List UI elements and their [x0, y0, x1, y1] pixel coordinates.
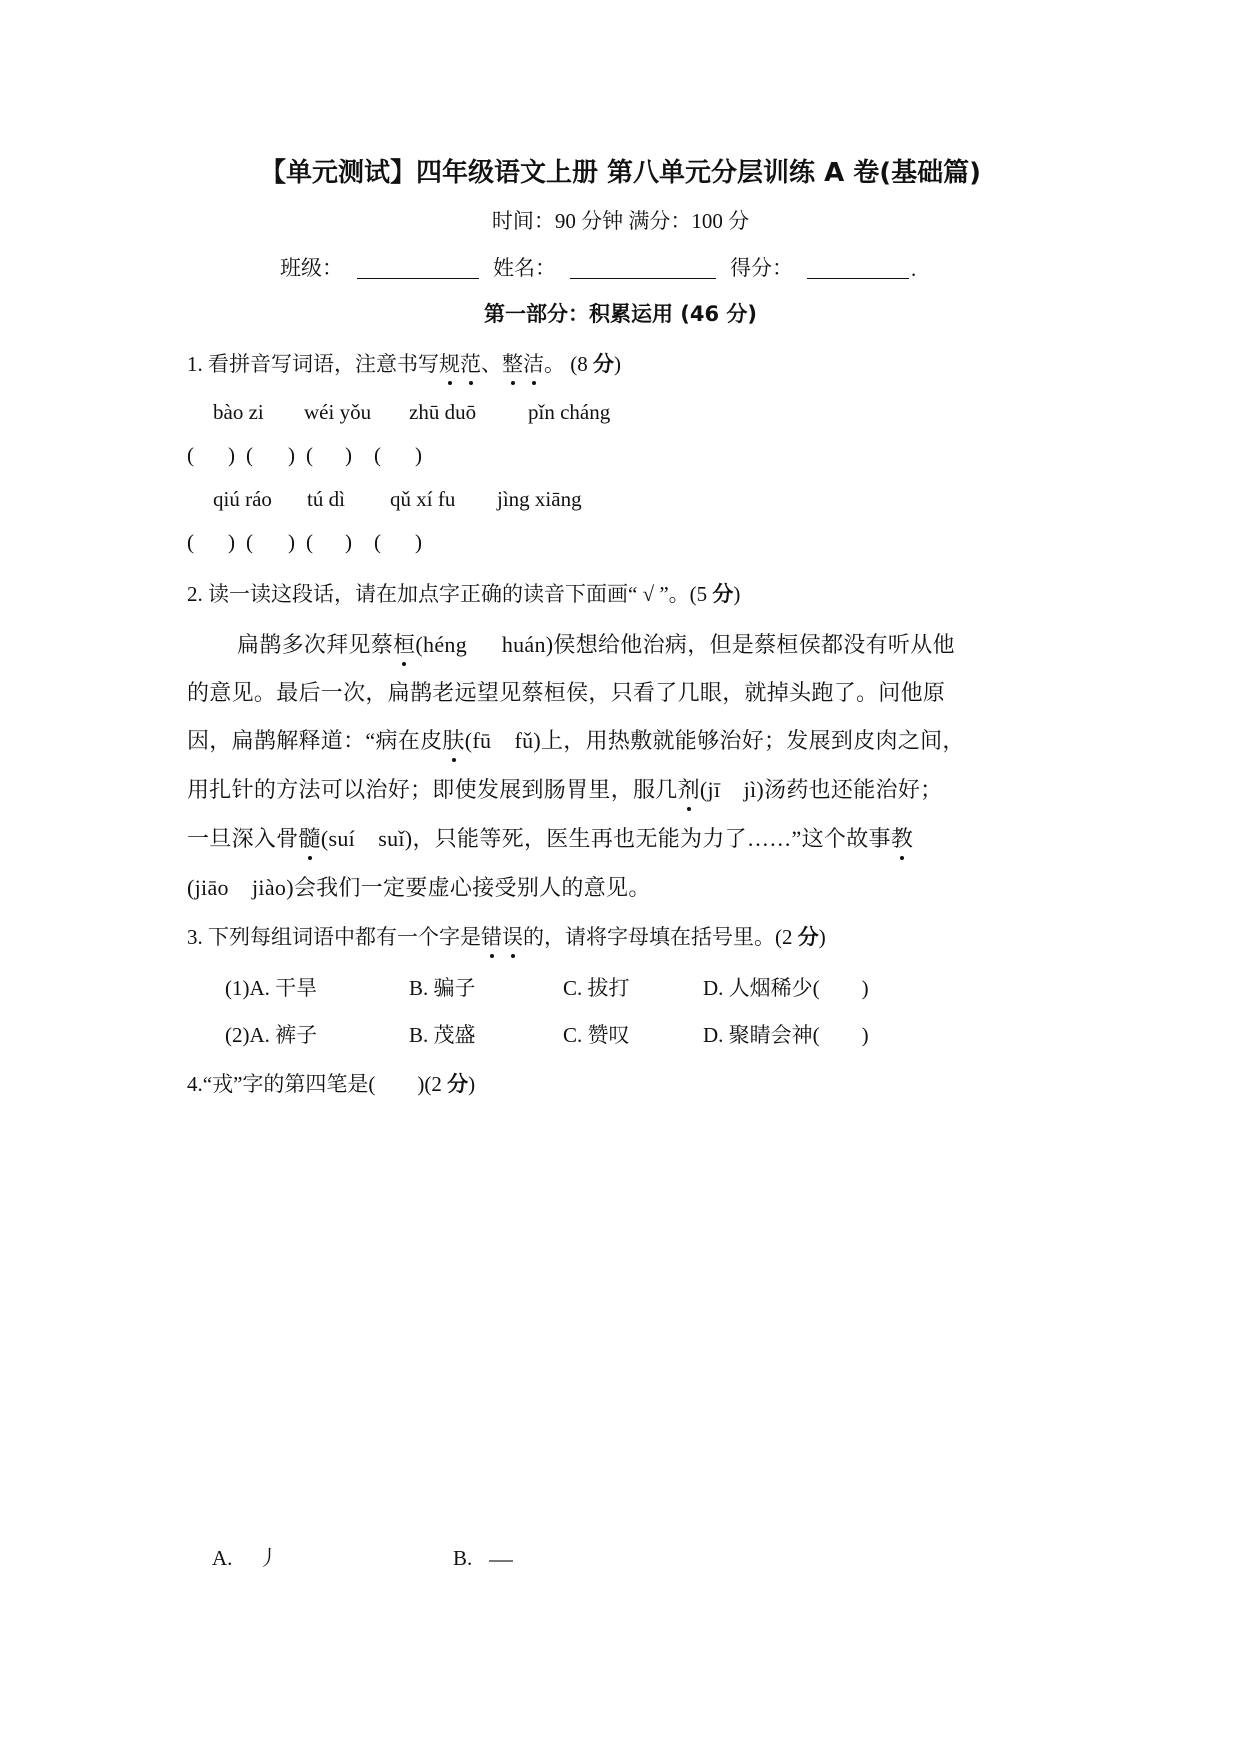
pronunciation-options[interactable]: (héng huán) — [415, 632, 553, 657]
option-d-answer[interactable]: D. 人烟稀少( ) — [703, 972, 869, 1002]
option-b: B. 骗子 — [409, 972, 476, 1002]
name-field[interactable] — [570, 258, 716, 279]
option-d-answer[interactable]: D. 聚睛会神( ) — [703, 1019, 869, 1049]
q3-group-1: (1)A. 干旱 B. 骗子 C. 拔打 D. 人烟稀少( ) — [0, 972, 1241, 1002]
q4-options: A. 丿 B. — [0, 1546, 1241, 1586]
option-c: C. 拔打 — [563, 972, 630, 1002]
pronunciation-options[interactable]: (jī jì) — [700, 777, 764, 802]
passage-line-3: 因，扁鹊解释道：“病在皮肤(fū fǔ)上，用热敷就能够治好；发展到皮肉之间， — [187, 724, 965, 755]
q3-group-2: (2)A. 裤子 B. 茂盛 C. 赞叹 D. 聚睛会神( ) — [0, 1019, 1241, 1049]
pinyin-item: wéi yǒu — [304, 400, 371, 425]
passage-line-2: 的意见。最后一次，扁鹊老远望见蔡桓侯，只看了几眼，就掉头跑了。问他原 — [187, 676, 945, 707]
pinyin-item: qǔ xí fu — [390, 487, 455, 512]
dotted-char: 误 — [502, 921, 523, 951]
option-a: (2)A. 裤子 — [225, 1019, 317, 1049]
section-title: 第一部分：积累运用 (46 分) — [0, 298, 1241, 328]
dotted-char: 范 — [460, 348, 481, 378]
pinyin-item: pǐn cháng — [528, 400, 610, 425]
pinyin-row-1: bào zi wéi yǒu zhū duō pǐn cháng — [0, 400, 1241, 430]
option-c: C. 赞叹 — [563, 1019, 630, 1049]
question-4-prompt: 4.“戎”字的第四笔是( )(2 分) — [187, 1068, 475, 1098]
exam-page: 【单元测试】四年级语文上册 第八单元分层训练 A 卷(基础篇) 时间：90 分钟… — [0, 0, 1241, 1754]
dotted-char: 剂 — [678, 773, 700, 804]
passage-line-6[interactable]: (jiāo jiào)会我们一定要虚心接受别人的意见。 — [187, 871, 651, 902]
question-2-prompt: 2. 读一读这段话，请在加点字正确的读音下面画“ √ ”。(5 分) — [187, 578, 740, 608]
dotted-char: 肤 — [442, 724, 464, 755]
option-b: B. 茂盛 — [409, 1019, 476, 1049]
answer-brackets-row-2: ( ) ( ) ( ) ( ) — [0, 530, 1241, 560]
dotted-char: 错 — [481, 921, 502, 951]
name-label: 姓名： — [493, 252, 556, 282]
score-label: 得分： — [730, 252, 793, 282]
pinyin-item: jìng xiāng — [497, 487, 582, 512]
score-field[interactable] — [807, 258, 909, 279]
pinyin-item: qiú ráo — [213, 487, 272, 512]
class-field[interactable] — [357, 258, 479, 279]
question-3-prompt: 3. 下列每组词语中都有一个字是错误的，请将字母填在括号里。(2 分) — [187, 921, 826, 951]
passage-line-4: 用扎针的方法可以治好；即使发展到肠胃里，服几剂(jī jì)汤药也还能治好； — [187, 773, 942, 804]
stroke-pie-icon: 丿 — [258, 1542, 279, 1572]
dotted-char: 教 — [891, 822, 913, 853]
stroke-heng-icon — [489, 1560, 513, 1562]
fields-end: . — [911, 257, 916, 282]
dotted-char: 规 — [439, 348, 460, 378]
option-a: (1)A. 干旱 — [225, 972, 317, 1002]
dotted-char: 桓 — [393, 628, 415, 659]
dotted-char: 洁 — [523, 348, 544, 378]
exam-time-score: 时间：90 分钟 满分：100 分 — [0, 205, 1241, 235]
option-a-label[interactable]: A. — [212, 1546, 232, 1571]
pinyin-item: zhū duō — [409, 400, 476, 425]
pinyin-row-2: qiú ráo tú dì qǔ xí fu jìng xiāng — [0, 487, 1241, 517]
class-label: 班级： — [280, 252, 343, 282]
dotted-char: 髓 — [299, 822, 321, 853]
student-info-row: 班级： 姓名： 得分： . — [280, 252, 916, 282]
question-1-prompt: 1. 看拼音写词语，注意书写规范、整洁。 (8 分) — [187, 348, 621, 378]
pinyin-item: tú dì — [307, 487, 345, 512]
passage-line-1: 扁鹊多次拜见蔡桓(héng huán)侯想给他治病，但是蔡桓侯都没有听从他 — [237, 628, 955, 659]
pronunciation-options[interactable]: (fū fǔ) — [465, 728, 541, 753]
page-title: 【单元测试】四年级语文上册 第八单元分层训练 A 卷(基础篇) — [0, 152, 1241, 189]
pronunciation-options[interactable]: (suí suǐ) — [321, 826, 413, 851]
dotted-char: 整 — [502, 348, 523, 378]
passage-line-5: 一旦深入骨髓(suí suǐ)，只能等死，医生再也无能为力了……”这个故事教 — [187, 822, 913, 853]
option-b-label[interactable]: B. — [453, 1546, 472, 1571]
answer-brackets-row-1: ( ) ( ) ( ) ( ) — [0, 443, 1241, 473]
pinyin-item: bào zi — [213, 400, 264, 425]
